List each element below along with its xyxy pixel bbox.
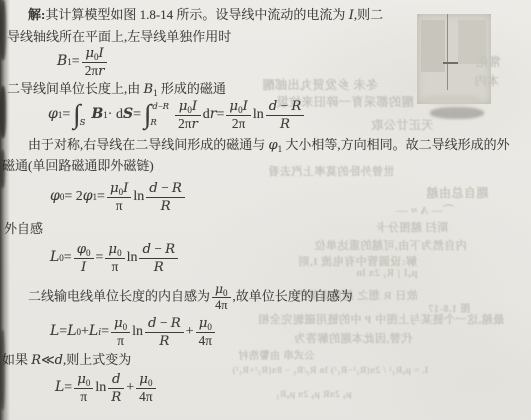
formula-l0: L0 = φ0I = μ0πln d − RR — [50, 242, 180, 274]
bleedthrough-text: 解:设圆管中有电流 I,则 — [298, 253, 417, 269]
figure-bleedthrough-tick — [443, 62, 458, 64]
figure-bleedthrough-box — [417, 14, 491, 104]
para-solution-intro-2: 导线轴线所在平面上,左导线单独作用时 — [7, 29, 231, 45]
para-approximation: 如果 R≪d,则上式变为 — [2, 352, 131, 369]
bleedthrough-text: ⌒— A ≈ — — [396, 202, 454, 218]
formula-l-approx: L = μ0πln dR + μ04π — [55, 372, 158, 404]
formula-l-total: L = L0 + Li = μ0πln d − RR + μ04π — [50, 316, 217, 348]
formula-phi1: φ1 = ∫SB1 · dS = ∫d−RRμ0I2πrdr = μ0I2πln… — [48, 99, 306, 131]
figure-bleedthrough-patch-left — [421, 20, 445, 72]
figure-bleedthrough-patch-right — [458, 20, 486, 64]
figure-bleedthrough-hairline — [447, 14, 448, 90]
bleedthrough-text: μ₀ 2πR μ₀ 2π μ₀R₂ — [276, 389, 351, 399]
figure-bleedthrough-smudge-lower — [430, 107, 484, 119]
bleedthrough-text: 题自总由越 — [426, 184, 489, 201]
bleedthrough-text: 天正廿公取 — [371, 116, 434, 133]
para-flux-intro: 二导线间单位长度上,由 B1 形成的磁通 — [7, 81, 226, 98]
formula-b1: B1 = μ0I2πr — [57, 46, 109, 78]
para-external-inductance: 外自感 — [4, 221, 43, 237]
gutter-dark-mark — [0, 0, 6, 60]
bleedthrough-text: μ₀I ∫ R₂ 2π ln — [356, 268, 417, 279]
bleedthrough-text: 最越,这一个链某与上图中 P 中的链用磁轭完全相 — [258, 311, 504, 327]
gutter-dark-mark — [0, 86, 6, 138]
para-symmetry-cont: 磁通(单回路磁通即外磁链) — [2, 158, 154, 174]
bleedthrough-text: 图 1.8-17 — [428, 300, 470, 315]
formula-phi0: φ0 = 2φ1 = μ0Iπln d − RR — [50, 181, 187, 213]
bleedthrough-text: 内自然为下由,可越的重达单位 — [314, 237, 467, 253]
bleedthrough-text: 常化 — [476, 53, 501, 70]
para-symmetry: 由于对称,右导线在二导线间形成的磁通与 φ1 大小相等,方向相同。故二导线形成的… — [28, 137, 510, 154]
scanned-textbook-page: { "document": { "kind": "scanned Chinese… — [0, 0, 531, 420]
para-solution-intro-1: 解:其计算模型如图 1.8-14 所示。设导线中流动的电流为 I,则二 — [28, 7, 383, 24]
bleedthrough-text: 冬未 乡发贤丸出邮醒 — [262, 76, 378, 93]
figure-bleedthrough-smudge-upper — [424, 95, 480, 104]
bleedthrough-text: L = μ₀R₂² / 2π(R₂²−R₁²) ln R₂/R₁ − 8π(R₂… — [232, 365, 428, 375]
bleedthrough-text: 斯扫 越图分卡 — [376, 219, 448, 235]
para-internal-inductance: 二线输电线单位长度的内自感为μ04π,故单位长度的自感为 — [28, 283, 353, 312]
bleedthrough-text: 代替,因此本题的解答为 — [294, 330, 412, 346]
gutter-dark-mark — [0, 330, 5, 410]
bleedthrough-text: 世曾外卧的莫率上汽去看 — [268, 163, 395, 179]
bleedthrough-text: 公式串 由警浩村 — [238, 347, 315, 362]
bleedthrough-text: 本内 — [474, 72, 499, 89]
